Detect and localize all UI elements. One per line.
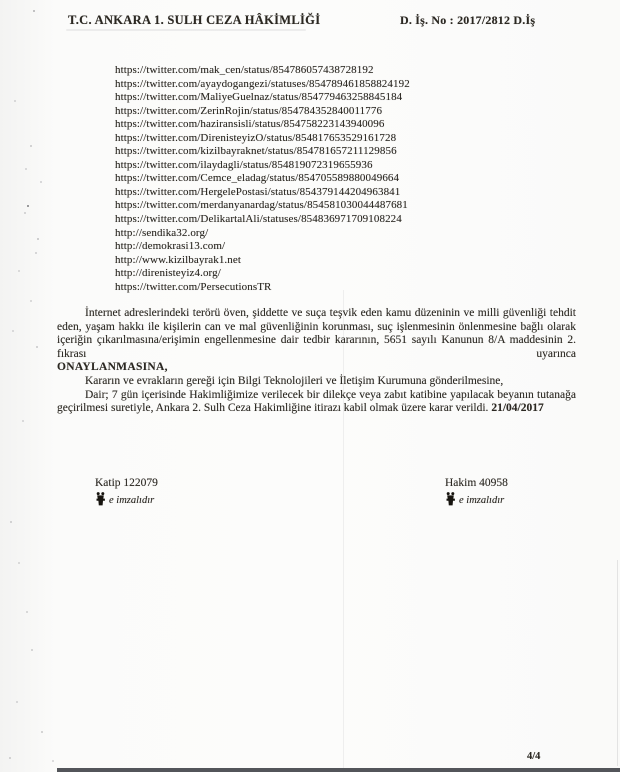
decision-date: 21/04/2017 [491,402,543,414]
decision-body: İnternet adreslerindeki terörü öven, şid… [57,307,576,416]
approval-emphasis: ONAYLANMASINA, [57,361,576,375]
blocked-url-line: https://twitter.com/ilaydagli/status/854… [115,159,555,173]
blocked-url-line: https://twitter.com/ayaydogangezi/status… [115,78,555,92]
blocked-url-line: https://twitter.com/haziransisli/status/… [115,118,555,132]
blocked-url-line: http://demokrasi13.com/ [115,240,555,254]
judge-signature: Hakim 40958 e imzalıdır [445,477,555,506]
blocked-url-line: https://twitter.com/kizilbayraknet/statu… [115,145,555,159]
e-signature-seal-icon [95,492,106,506]
blocked-url-line: https://twitter.com/DirenisteyizO/status… [115,132,555,146]
clerk-signature: Katip 122079 e imzalıdır [95,477,205,506]
blocked-url-line: https://twitter.com/mak_cen/status/85478… [115,64,555,78]
e-signature-seal-icon [445,492,456,506]
blocked-url-line: https://twitter.com/MaliyeGuelnaz/status… [115,91,555,105]
blocked-url-line: https://twitter.com/DelikartalAli/status… [115,213,555,227]
court-title: T.C. ANKARA 1. SULH CEZA HÂKİMLİĞİ [68,13,320,28]
scan-edge-line [617,560,618,766]
blocked-url-line: http://www.kizilbayrak1.net [115,254,555,268]
judge-esign-label: e imzalıdır [459,492,504,506]
blocked-url-line: https://twitter.com/ZerinRojin/status/85… [115,105,555,119]
scan-smudge [66,29,306,31]
blocked-url-line: https://twitter.com/merdanyanardag/statu… [115,199,555,213]
forwarding-paragraph: Kararın ve evrakların gereği için Bilgi … [57,375,576,389]
url-list: https://twitter.com/mak_cen/status/85478… [115,64,555,294]
clerk-esign-label: e imzalıdır [109,492,154,506]
scanned-court-document-page: T.C. ANKARA 1. SULH CEZA HÂKİMLİĞİ D. İş… [0,0,620,772]
judge-title: Hakim 40958 [445,477,555,489]
signature-block: Katip 122079 e imzalıdır Hakim 40958 e i… [95,477,555,506]
blocked-url-line: https://twitter.com/HergelePostasi/statu… [115,186,555,200]
blocked-url-line: http://direnisteyiz4.org/ [115,267,555,281]
scan-noise-specks [0,0,2,2]
blocked-url-line: https://twitter.com/PersecutionsTR [115,281,555,295]
blocked-url-line: https://twitter.com/Cemce_eladag/status/… [115,172,555,186]
blocked-url-line: http://sendika32.org/ [115,227,555,241]
clerk-title: Katip 122079 [95,477,205,489]
approval-paragraph: İnternet adreslerindeki terörü öven, şid… [57,307,576,361]
page-number: 4/4 [527,751,540,762]
appeal-paragraph: Dair; 7 gün içerisinde Hakimliğimize ver… [57,389,576,416]
scan-bottom-bar-artifact [57,768,620,772]
case-number: D. İş. No : 2017/2812 D.İş [400,13,535,28]
